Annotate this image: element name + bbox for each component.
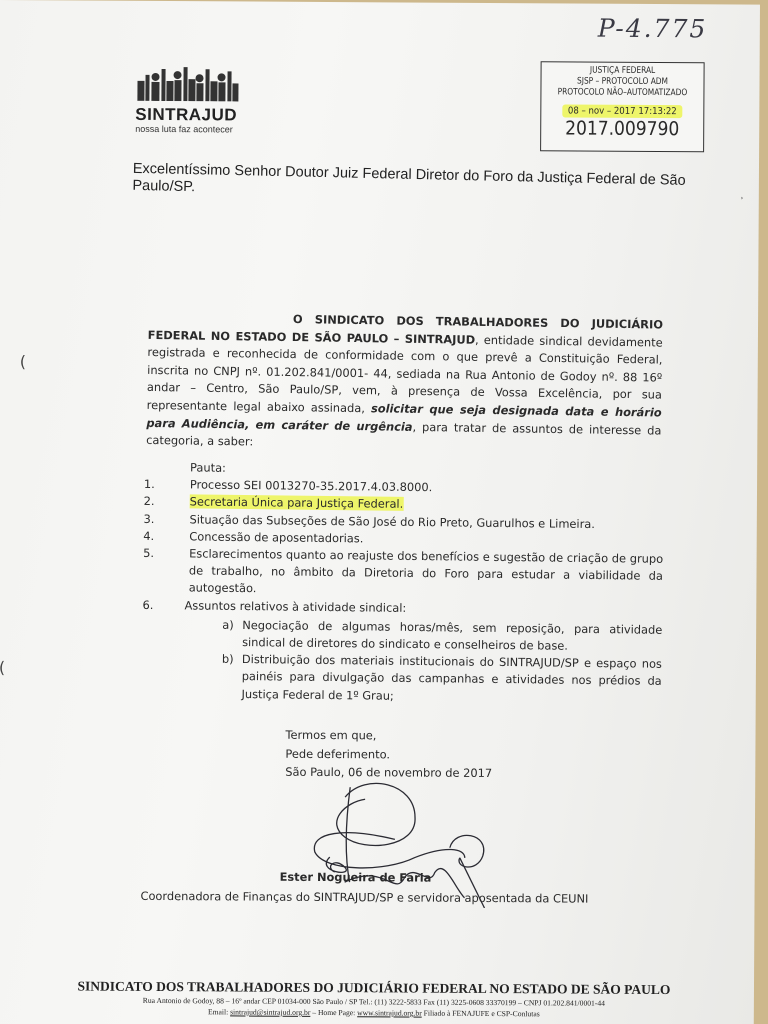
footer-homepage-link[interactable]: www.sintrajud.org.br — [357, 1008, 422, 1017]
stamp-line-1: JUSTIÇA FEDERAL — [548, 65, 697, 77]
stamp-number: 2017.009790 — [549, 117, 695, 140]
protocol-stamp: JUSTIÇA FEDERAL SJSP – PROTOCOLO ADM PRO… — [540, 61, 705, 152]
agenda-subitem: b)Distribuição dos materiais institucion… — [141, 650, 662, 708]
closing-line-2: Pede deferimento. — [285, 744, 492, 764]
handwritten-reference: P-4.775 — [598, 14, 708, 44]
logo-tagline: nossa luta faz acontecer — [135, 124, 245, 135]
closing-line-1: Termos em que, — [285, 726, 492, 746]
addressee: Excelentíssimo Senhor Doutor Juiz Federa… — [132, 161, 693, 207]
margin-mark-2: ( — [0, 658, 5, 677]
letterhead-footer: SINDICATO DOS TRABALHADORES DO JUDICIÁRI… — [74, 978, 674, 1020]
footer-email-link[interactable]: sintrajud@sintrajud.org.br — [230, 1007, 310, 1016]
agenda-item: 5.Esclarecimentos quanto ao reajuste dos… — [143, 545, 664, 603]
highlighted-text: Secretaria Única para Justiça Federal. — [190, 495, 404, 511]
closing-block: Termos em que, Pede deferimento. São Pau… — [285, 726, 492, 783]
stamp-datetime: 08 – nov – 2017 17:13:22 — [562, 104, 683, 118]
agenda-list: Pauta: 1.Processo SEI 0013270-35.2017.4.… — [141, 459, 664, 708]
document-page: P-4.775 JUSTIÇA FEDERAL SJSP – PROTOCOLO… — [0, 0, 760, 1024]
margin-mark-1: ( — [20, 352, 26, 371]
petition-body: O SINDICATO DOS TRABALHADORES DO JUDICIÁ… — [146, 309, 663, 457]
agenda-subitem: a)Negociação de algumas horas/mês, sem r… — [142, 616, 662, 656]
signatory-role: Coordenadora de Finanças do SINTRAJUD/SP… — [140, 889, 588, 906]
logo-name: SINTRAJUD — [135, 106, 245, 125]
sintrajud-logo: SINTRAJUD nossa luta faz acontecer — [135, 63, 245, 135]
margin-dot: ˒ — [741, 195, 744, 205]
people-silhouette-icon — [135, 63, 239, 102]
stamp-line-2: SJSP – PROTOCOLO ADM — [548, 76, 697, 88]
stamp-line-3: PROTOCOLO NÃO–AUTOMATIZADO — [548, 87, 697, 99]
signatory-name: Ester Nogueira de Faria — [280, 870, 432, 885]
signature-icon — [304, 777, 505, 908]
